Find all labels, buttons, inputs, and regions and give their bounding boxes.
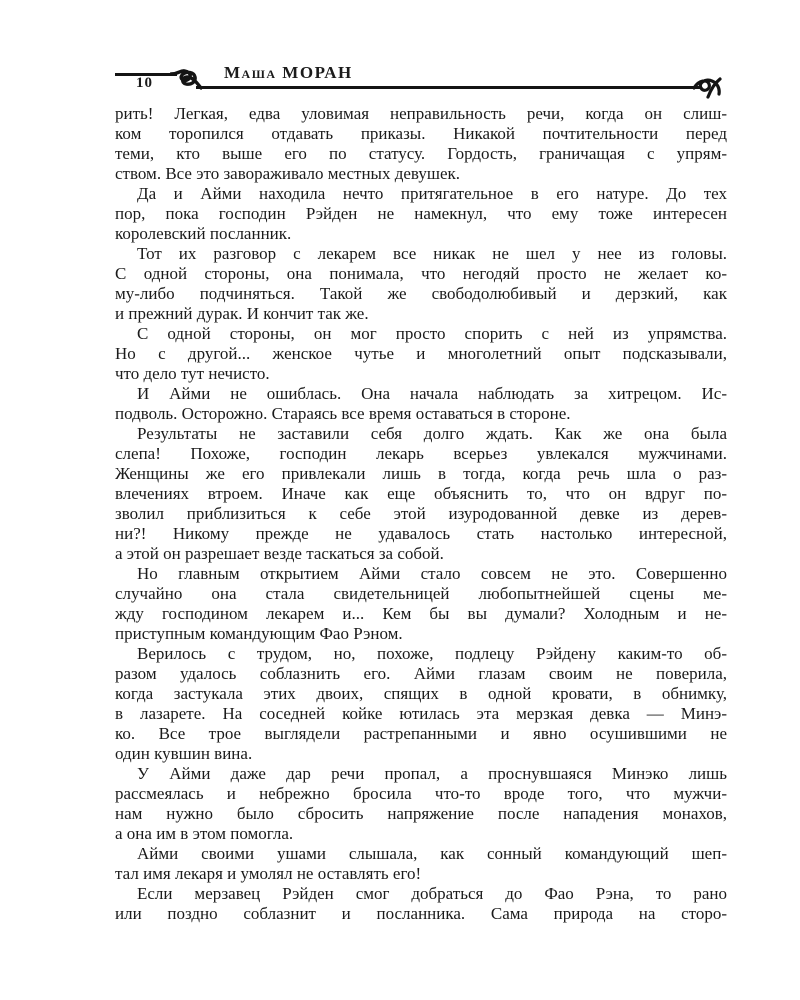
text-line: и прежний дурак. И кончит так же.: [115, 304, 727, 324]
text-line: Но главным открытием Айми стало совсем н…: [115, 564, 727, 584]
text-line: слепа! Похоже, господин лекарь всерьез у…: [115, 444, 727, 464]
text-line: или поздно соблазнит и посланника. Сама …: [115, 904, 727, 924]
book-page: 10 Маша МОРАН рить! Легкая, едва уловима…: [0, 0, 800, 1000]
text-line: ни?! Никому прежде не удавалось стать на…: [115, 524, 727, 544]
text-line: приступным командующим Фао Рэном.: [115, 624, 727, 644]
text-line: зволил приблизиться к себе этой изуродов…: [115, 504, 727, 524]
text-line: рить! Легкая, едва уловимая неправильнос…: [115, 104, 727, 124]
text-line: а этой он разрешает везде таскаться за с…: [115, 544, 727, 564]
text-line: королевский посланник.: [115, 224, 727, 244]
page-number: 10: [136, 75, 153, 92]
header-rule-main: [196, 86, 701, 89]
text-line: му-либо подчиняться. Такой же свободолюб…: [115, 284, 727, 304]
text-line: ко. Все трое выглядели растрепанными и я…: [115, 724, 727, 744]
text-line: Если мерзавец Рэйден смог добраться до Ф…: [115, 884, 727, 904]
text-line: тал имя лекаря и умолял не оставлять его…: [115, 864, 727, 884]
text-line: пор, пока господин Рэйден не намекнул, ч…: [115, 204, 727, 224]
text-line: Да и Айми находила нечто притягательное …: [115, 184, 727, 204]
text-line: ком торопился отдавать приказы. Никакой …: [115, 124, 727, 144]
text-column: рить! Легкая, едва уловимая неправильнос…: [115, 104, 727, 924]
text-line: разом удалось соблазнить его. Айми глаза…: [115, 664, 727, 684]
text-line: подволь. Осторожно. Стараясь все время о…: [115, 404, 727, 424]
text-line: ством. Все это завораживало местных деву…: [115, 164, 727, 184]
text-line: Айми своими ушами слышала, как сонный ко…: [115, 844, 727, 864]
text-line: У Айми даже дар речи пропал, а проснувша…: [115, 764, 727, 784]
text-line: влечениях втроем. Иначе как еще объяснит…: [115, 484, 727, 504]
running-head-author: Маша МОРАН: [224, 63, 353, 83]
text-line: жду господином лекарем и... Кем бы вы ду…: [115, 604, 727, 624]
text-line: Женщины же его привлекали лишь в тогда, …: [115, 464, 727, 484]
text-line: С одной стороны, она понимала, что негод…: [115, 264, 727, 284]
text-line: Верилось с трудом, но, похоже, подлецу Р…: [115, 644, 727, 664]
text-line: в лазарете. На соседней койке ютилась эт…: [115, 704, 727, 724]
text-line: случайно она стала свидетельницей любопы…: [115, 584, 727, 604]
text-line: С одной стороны, он мог просто спорить с…: [115, 324, 727, 344]
text-line: И Айми не ошиблась. Она начала наблюдать…: [115, 384, 727, 404]
text-line: рассмеялась и небрежно бросила что-то вр…: [115, 784, 727, 804]
text-line: Но с другой... женское чутье и многолетн…: [115, 344, 727, 364]
text-line: один кувшин вина.: [115, 744, 727, 764]
text-line: Результаты не заставили себя долго ждать…: [115, 424, 727, 444]
text-line: Тот их разговор с лекарем все никак не ш…: [115, 244, 727, 264]
text-line: что дело тут нечисто.: [115, 364, 727, 384]
knot-ornament-left-icon: [170, 66, 202, 94]
knot-ornament-right-icon: [693, 75, 723, 102]
text-line: теми, кто выше его по статусу. Гордость,…: [115, 144, 727, 164]
text-line: а она им в этом помогла.: [115, 824, 727, 844]
text-line: когда застукала этих двоих, спящих в одн…: [115, 684, 727, 704]
text-line: нам нужно было сбросить напряжение после…: [115, 804, 727, 824]
